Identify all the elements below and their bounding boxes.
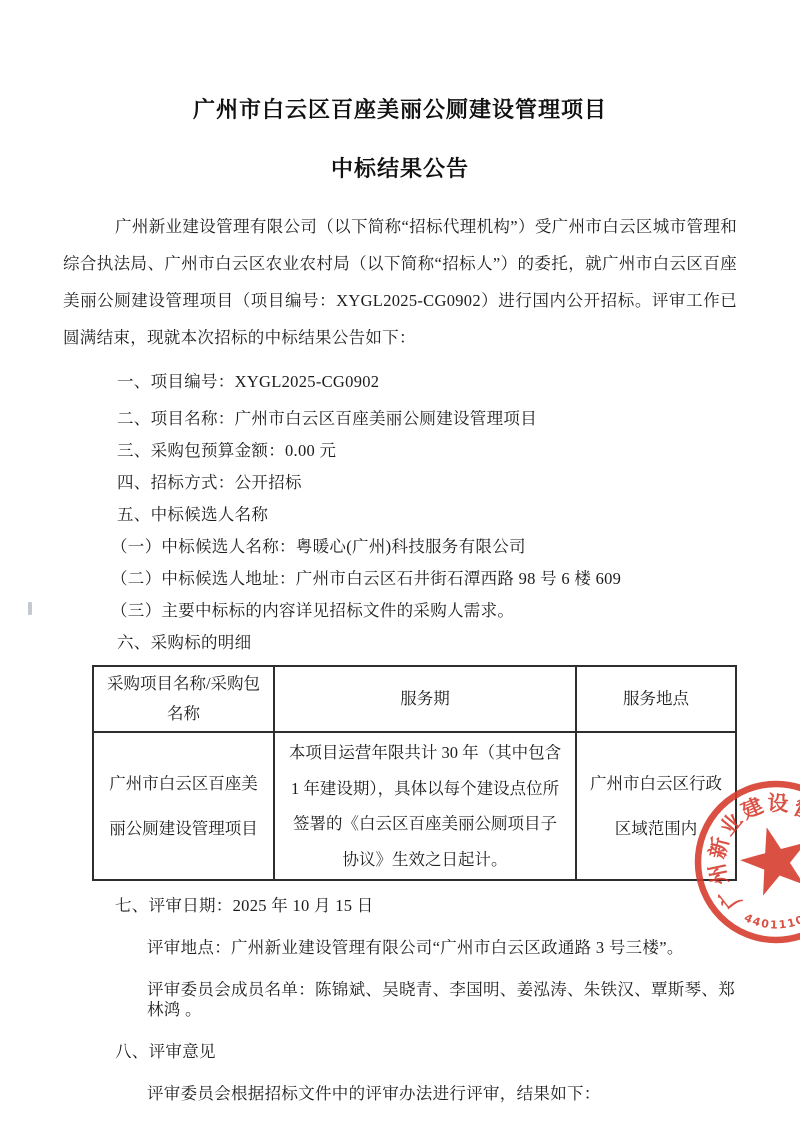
header-cell-package-name: 采购项目名称/采购包名称 — [93, 666, 274, 732]
scan-artifact-mark — [28, 602, 32, 615]
document-title-line2: 中标结果公告 — [63, 154, 737, 184]
cell-service-period: 本项目运营年限共计 30 年（其中包含 1 年建设期），具体以每个建设点位所签署… — [274, 732, 576, 880]
table-row: 广州市白云区百座美丽公厕建设管理项目 本项目运营年限共计 30 年（其中包含 1… — [93, 732, 736, 880]
svg-text:1: 1 — [770, 918, 778, 931]
svg-text:管: 管 — [789, 795, 800, 826]
numbered-list: 一、项目编号：XYGL2025-CG0902 二、项目名称：广州市白云区百座美丽… — [63, 366, 737, 659]
list-item-project-number: 一、项目编号：XYGL2025-CG0902 — [117, 366, 737, 398]
svg-text:0: 0 — [760, 917, 770, 931]
bottom-sections: 七、评审日期：2025 年 10 月 15 日 评审地点：广州新业建设管理有限公… — [63, 896, 737, 1104]
list-item-bid-method: 四、招标方式：公开招标 — [117, 467, 737, 499]
svg-text:州: 州 — [706, 861, 733, 886]
list-item-candidate-addr: （二）中标候选人地址：广州市白云区石井街石潭西路 98 号 6 楼 609 — [111, 563, 737, 595]
list-item-budget: 三、采购包预算金额：0.00 元 — [117, 435, 737, 467]
procurement-detail-table: 采购项目名称/采购包名称 服务期 服务地点 广州市白云区百座美丽公厕建设管理项目… — [92, 665, 737, 881]
list-item-candidate-header: 五、中标候选人名称 — [117, 499, 737, 531]
section-review-members: 评审委员会成员名单：陈锦斌、吴晓青、李国明、姜泓涛、朱铁汉、覃斯琴、郑林鸿 。 — [147, 980, 737, 1020]
table-header-row: 采购项目名称/采购包名称 服务期 服务地点 — [93, 666, 736, 732]
header-cell-service-period: 服务期 — [274, 666, 576, 732]
list-item-detail-header: 六、采购标的明细 — [117, 627, 737, 659]
cell-package-name: 广州市白云区百座美丽公厕建设管理项目 — [93, 732, 274, 880]
svg-text:建: 建 — [738, 793, 767, 823]
list-item-candidate-scope: （三）主要中标标的内容详见招标文件的采购人需求。 — [111, 595, 737, 627]
document-page: 广州市白云区百座美丽公厕建设管理项目 中标结果公告 广州新业建设管理有限公司（以… — [0, 0, 800, 1131]
section-review-method: 评审委员会根据招标文件中的评审办法进行评审，结果如下： — [147, 1084, 737, 1104]
svg-text:广: 广 — [714, 882, 746, 913]
header-cell-service-place: 服务地点 — [576, 666, 736, 732]
svg-text:设: 设 — [767, 792, 789, 816]
svg-text:新: 新 — [705, 835, 733, 861]
document-content: 广州市白云区百座美丽公厕建设管理项目 中标结果公告 广州新业建设管理有限公司（以… — [63, 0, 737, 1126]
document-title-line1: 广州市白云区百座美丽公厕建设管理项目 — [63, 95, 737, 125]
list-item-candidate-name: （一）中标候选人名称：粤暖心(广州)科技服务有限公司 — [111, 531, 737, 563]
section-review-place: 评审地点：广州新业建设管理有限公司“广州市白云区政通路 3 号三楼”。 — [147, 938, 737, 958]
star-icon — [734, 818, 800, 899]
company-seal-stamp: 广州新业建设管理 44011102 — [686, 772, 800, 952]
intro-paragraph: 广州新业建设管理有限公司（以下简称“招标代理机构”）受广州市白云区城市管理和综合… — [63, 208, 737, 356]
company-seal-graphic: 广州新业建设管理 44011102 — [686, 772, 800, 952]
section-review-date: 七、评审日期：2025 年 10 月 15 日 — [115, 896, 737, 916]
seal-serial-digits: 44011102 — [742, 909, 800, 932]
list-item-project-name: 二、项目名称：广州市白云区百座美丽公厕建设管理项目 — [117, 403, 737, 435]
section-review-opinion: 八、评审意见 — [115, 1042, 737, 1062]
